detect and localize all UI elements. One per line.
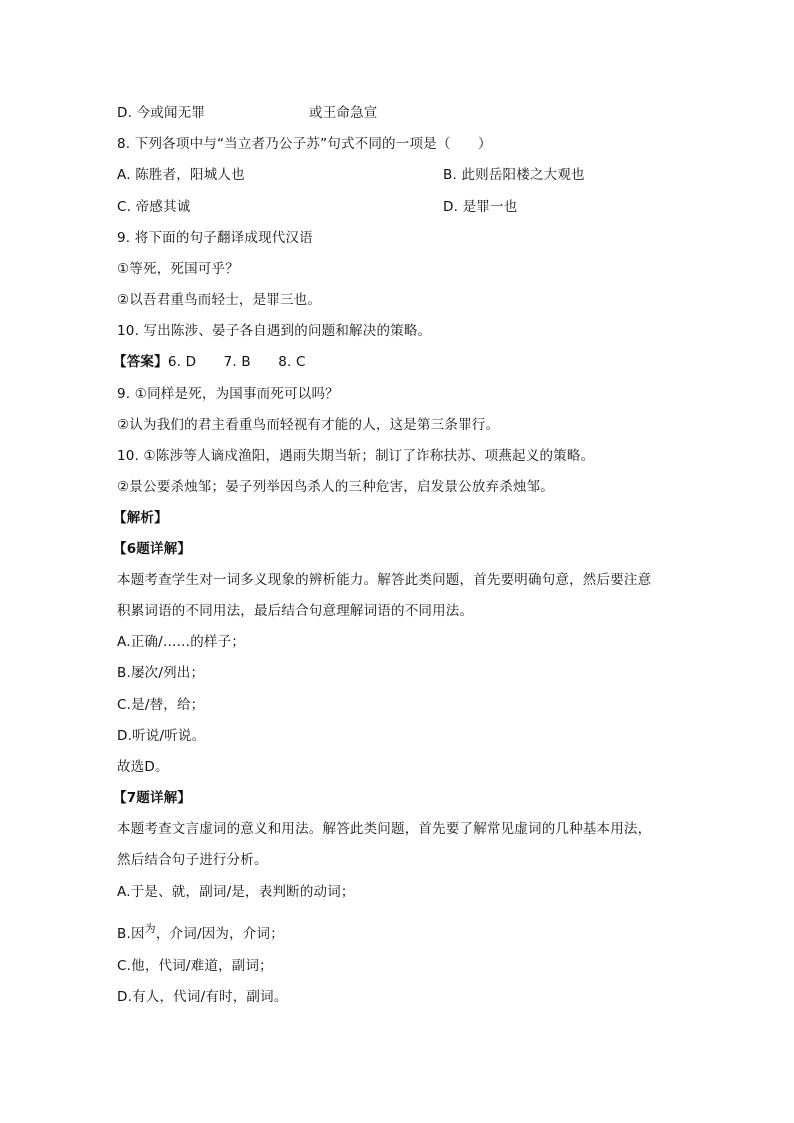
- q7-item-c: C.他，代词/难道，副词；: [117, 957, 273, 975]
- q6-detail-heading: 【6题详解】: [113, 540, 191, 558]
- answer-q9-line-2: ②认为我们的君主看重鸟而轻视有才能的人，这是第三条罪行。: [117, 416, 499, 434]
- q9-stem: 9. 将下面的句子翻译成现代汉语: [117, 229, 313, 247]
- q8-stem: 8. 下列各项中与“当立者乃公子苏”句式不同的一项是（ ）: [117, 135, 492, 153]
- q9-item-1: ①等死，死国可乎？: [117, 260, 239, 278]
- analysis-heading: 【解析】: [113, 509, 168, 527]
- q7-intro-line-2: 然后结合句子进行分析。: [117, 851, 268, 869]
- superscript-char: 为: [145, 922, 156, 935]
- option-text-left: 今或闻无罪: [137, 105, 206, 121]
- q8-option-b: B. 此则岳阳楼之大观也: [443, 166, 585, 184]
- q6-intro-line-1: 本题考查学生对一词多义现象的辨析能力。解答此类问题，首先要明确句意，然后要注意: [117, 571, 651, 589]
- answer-choices: 6. D 7. B 8. C: [168, 354, 306, 370]
- q9-item-2: ②以吾君重鸟而轻士，是罪三也。: [117, 291, 321, 309]
- q7-detail-heading: 【7题详解】: [113, 789, 191, 807]
- q8-options-row2: C. 帝感其诚 D. 是罪一也: [117, 198, 677, 216]
- q7-option-d: D. 今或闻无罪 或王命急宣: [117, 104, 205, 122]
- q6-item-d: D.听说/听说。: [117, 727, 205, 745]
- q7-item-d: D.有人，代词/有时，副词。: [117, 988, 288, 1006]
- q6-item-b: B.屡次/列出；: [117, 664, 204, 682]
- answer-q10-line-1: 10. ①陈涉等人谪戍渔阳，遇雨失期当斩；制订了诈称扶苏、项燕起义的策略。: [117, 447, 594, 465]
- q7-item-a: A.于是、就，副词/是，表判断的动词；: [117, 883, 355, 901]
- q6-conclusion: 故选D。: [117, 758, 169, 776]
- answer-q9-line-1: 9. ①同样是死，为国事而死可以吗？: [117, 385, 339, 403]
- q10-stem: 10. 写出陈涉、晏子各自遇到的问题和解决的策略。: [117, 322, 431, 340]
- q6-item-a: A.正确/……的样子；: [117, 633, 245, 651]
- q7-item-b: B.因为，介词/因为，介词；: [117, 925, 284, 944]
- q8-option-d: D. 是罪一也: [443, 198, 517, 216]
- answer-q10-line-2: ②景公要杀烛邹；晏子列举因鸟杀人的三种危害，启发景公放弃杀烛邹。: [117, 478, 554, 496]
- option-text-right: 或王命急宣: [309, 104, 378, 122]
- q6-item-c: C.是/替，给；: [117, 696, 204, 714]
- q6-intro-line-2: 积累词语的不同用法，最后结合句意理解词语的不同用法。: [117, 602, 473, 620]
- q8-options-row1: A. 陈胜者，阳城人也 B. 此则岳阳楼之大观也: [117, 166, 677, 184]
- option-label: D.: [117, 105, 132, 121]
- answer-heading: 【答案】: [113, 354, 168, 370]
- q7-intro-line-1: 本题考查文言虚词的意义和用法。解答此类问题，首先要了解常见虚词的几种基本用法，: [117, 820, 651, 838]
- answer-line: 【答案】6. D 7. B 8. C: [113, 353, 306, 371]
- q8-option-a: A. 陈胜者，阳城人也: [117, 167, 245, 183]
- q8-option-c: C. 帝感其诚: [117, 199, 190, 215]
